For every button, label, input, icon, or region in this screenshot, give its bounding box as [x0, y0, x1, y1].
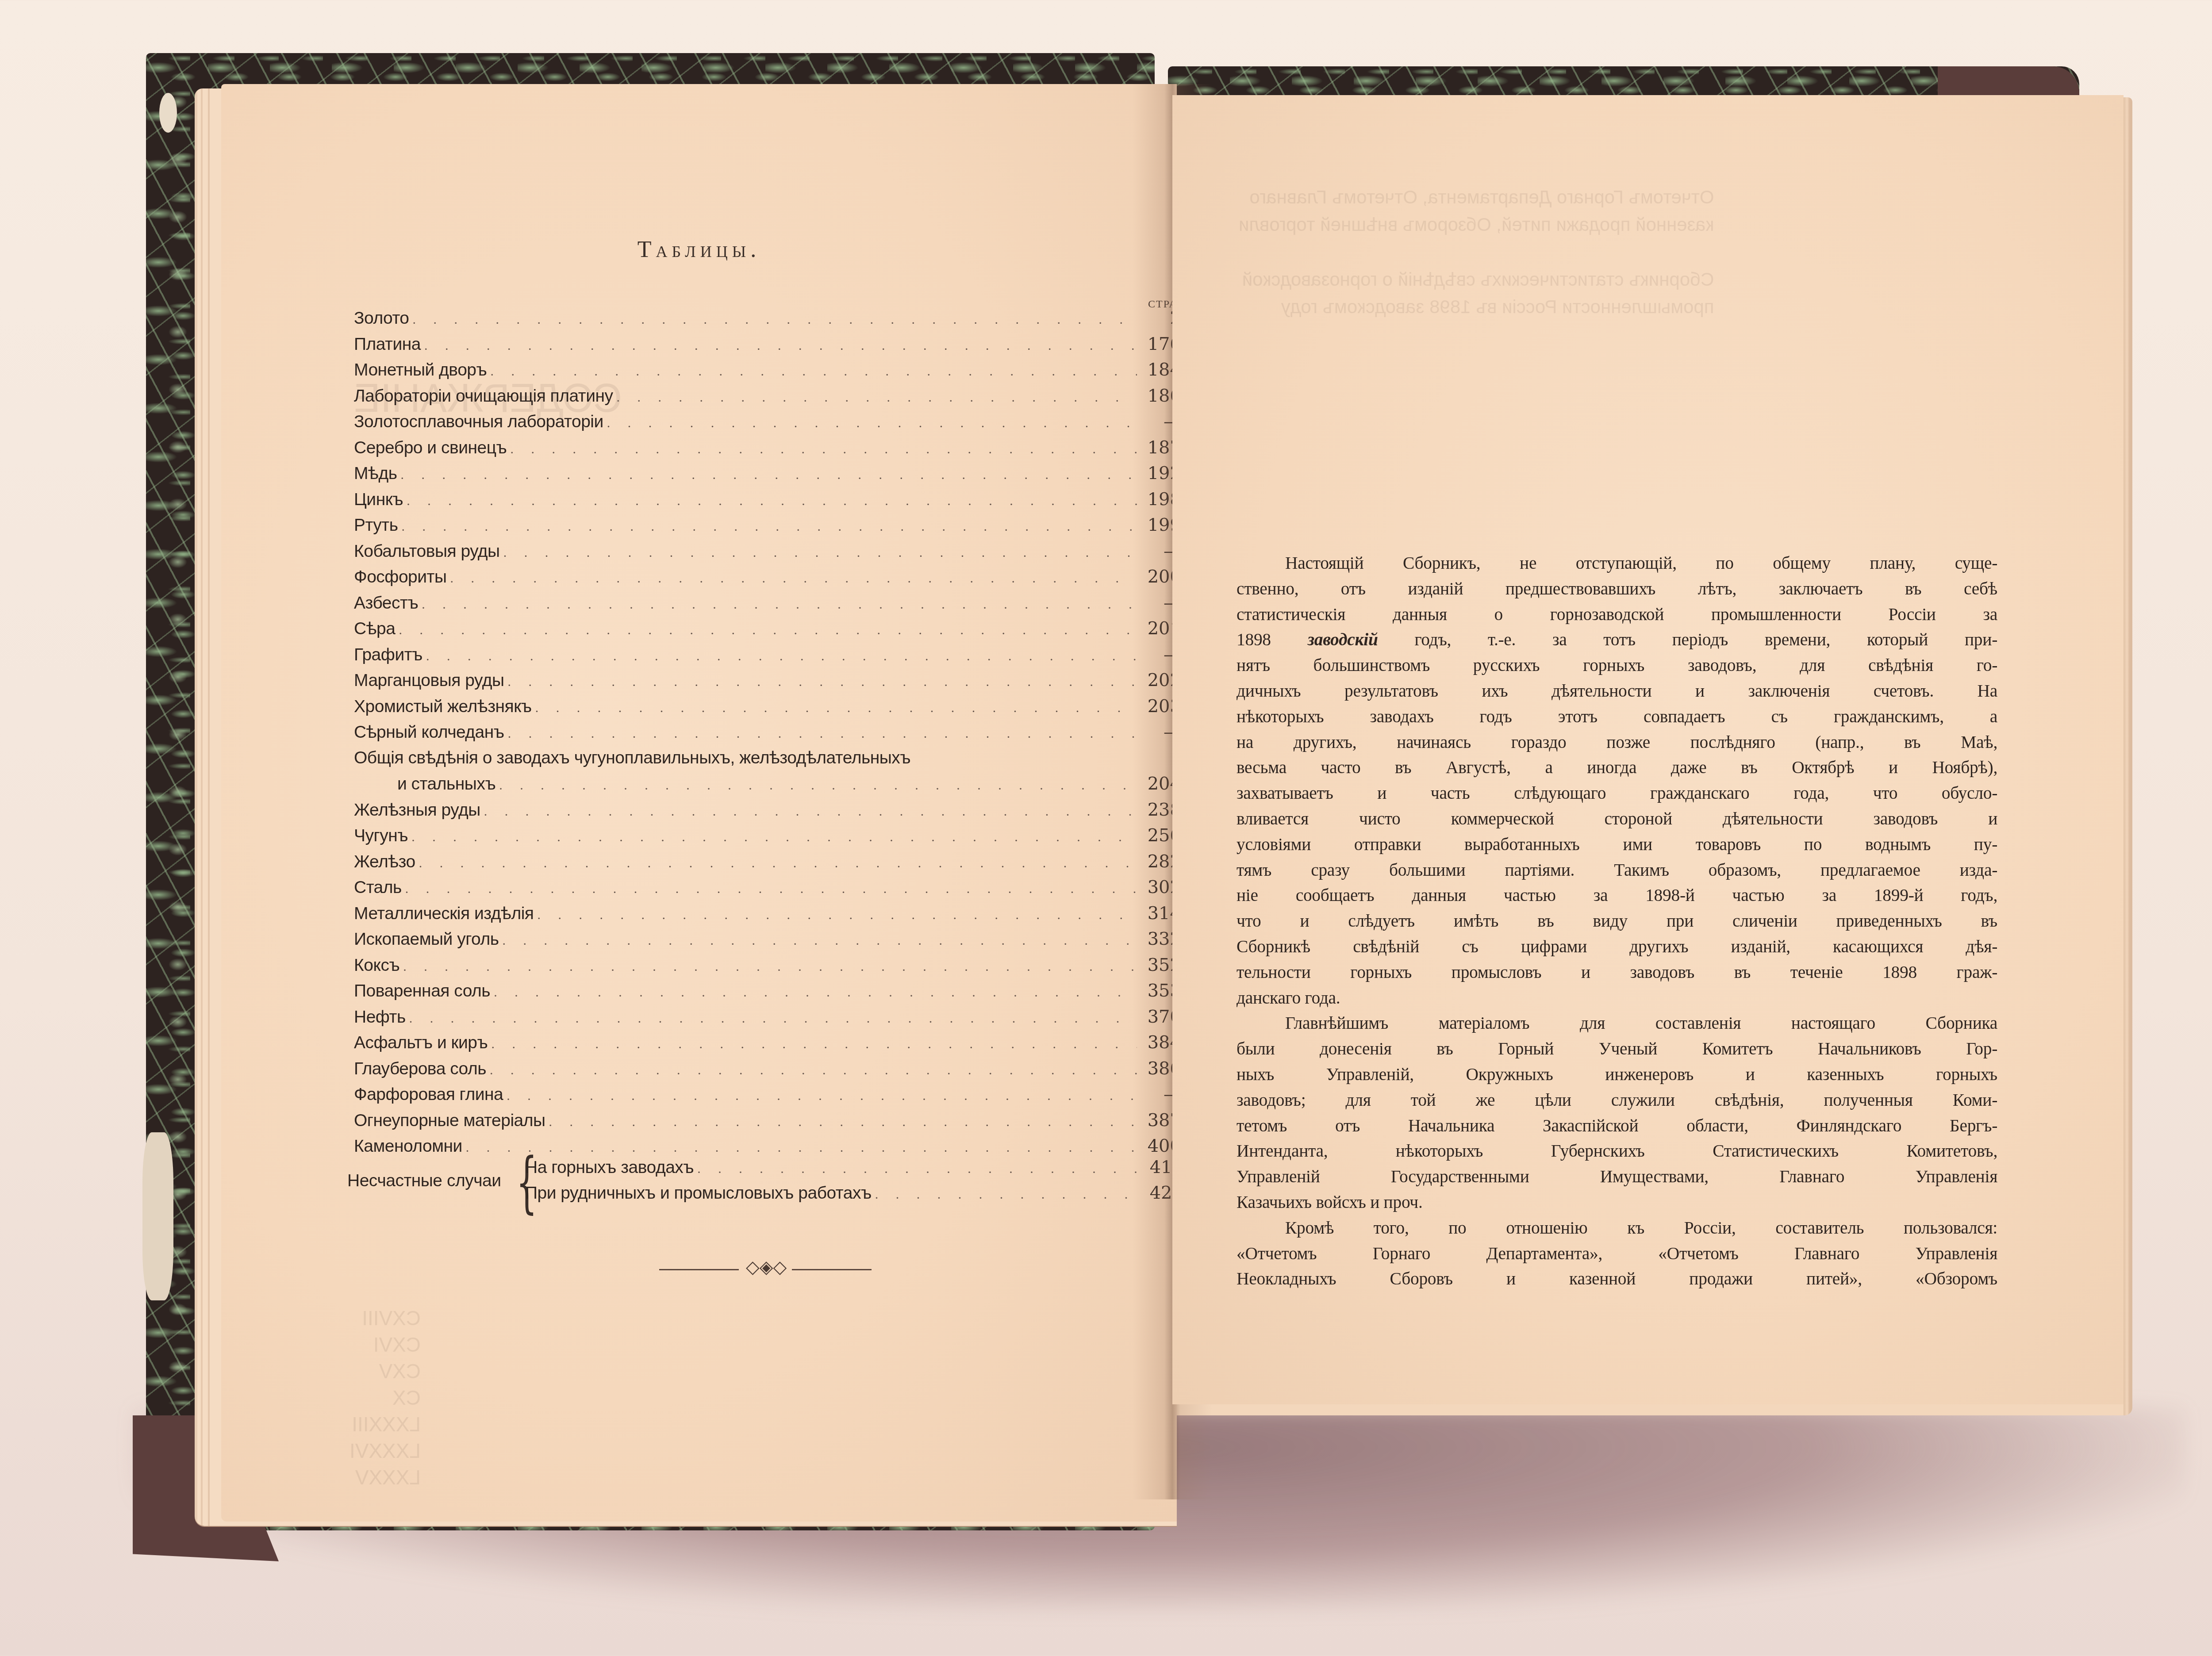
toc-entry-label: Асфальтъ и киръ — [354, 1030, 491, 1056]
emphasized-word: заводскій — [1308, 630, 1378, 649]
text-line: Главнѣйшимъ матеріаломъ для составленія … — [1237, 1011, 1997, 1036]
leader-dots — [490, 359, 1137, 385]
toc-entry-label: Цинкъ — [354, 487, 407, 513]
leader-dots — [617, 385, 1137, 411]
leader-dots — [507, 669, 1137, 695]
toc-entry[interactable]: Азбестъ— — [354, 590, 1177, 616]
leader-dots — [413, 307, 1137, 333]
left-page: CОДЕРЖАНІЕ CXVIIICXVICXVCXLXXXIIILXXXVIL… — [221, 84, 1177, 1522]
toc-entry-label: Желѣзныя руды — [354, 797, 484, 824]
text-line: Казачьихъ войсхъ и проч. — [1237, 1190, 1997, 1215]
text-line: весьма часто въ Августѣ, а иногда даже в… — [1237, 755, 1997, 781]
toc-entry[interactable]: Желѣзо282 — [354, 849, 1177, 875]
text-line: вливается чисто коммерческой стороной дѣ… — [1237, 806, 1997, 832]
leader-dots — [419, 851, 1137, 877]
leader-dots — [875, 1182, 1139, 1208]
fleuron-divider-icon: ◇◈◇ — [659, 1263, 872, 1276]
leader-dots — [499, 773, 1137, 799]
text-line: данскаго года. — [1237, 985, 1997, 1011]
text-line: на другихъ, начинаясь гораздо позже посл… — [1237, 730, 1997, 755]
leader-dots — [400, 462, 1137, 488]
leader-dots — [407, 488, 1137, 514]
preface-body: Настоящій Сборникъ, не отступающій, по о… — [1237, 551, 1997, 1292]
bleed-through-text: Отчетомъ Горнаго Департамента, Отчетомъ … — [1239, 184, 1714, 321]
leader-dots — [403, 954, 1137, 980]
toc-entry[interactable]: Цинкъ198 — [354, 487, 1177, 513]
text-line: 1898 заводскій годъ, т.-е. за тотъ періо… — [1237, 627, 1997, 653]
text-line: нятъ большинствомъ русскихъ горныхъ заво… — [1237, 653, 1997, 678]
text-line: были донесенія въ Горный Ученый Комитетъ… — [1237, 1036, 1997, 1062]
leader-dots — [411, 824, 1137, 851]
text-line: заводовъ; для той же цѣли служили свѣдѣн… — [1237, 1088, 1997, 1113]
text-line: ныхъ Управленій, Окружныхъ инженеровъ и … — [1237, 1062, 1997, 1088]
toc-entry[interactable]: Ртуть199 — [354, 512, 1177, 538]
toc-entry-label: Ртуть — [354, 513, 402, 539]
torn-spine-fragment — [142, 1132, 173, 1300]
toc-entry-label: Желѣзо — [354, 849, 419, 875]
toc-entry[interactable]: Хромистый желѣзнякъ203 — [354, 694, 1177, 720]
toc-entry[interactable]: Монетный дворъ184 — [354, 357, 1177, 383]
toc-entry-label: Монетный дворъ — [354, 357, 490, 383]
leader-dots — [424, 333, 1137, 359]
toc-entry-label: Глауберова соль — [354, 1056, 490, 1082]
toc-entry-continuation[interactable]: и стальныхъ204 — [354, 771, 1177, 797]
text-line: статистическія данныя о горнозаводской п… — [1237, 602, 1997, 628]
toc-entry-label: Нефть — [354, 1004, 409, 1031]
toc-entry-label: Лабораторіи очищающія платину — [354, 383, 617, 410]
text-line: Управленій Государственными Имуществами,… — [1237, 1164, 1997, 1190]
toc-entry[interactable]: Золото2 — [354, 305, 1177, 331]
toc-entry[interactable]: Лабораторіи очищающія платину186 — [354, 383, 1177, 409]
toc-entry[interactable]: Металлическія издѣлія314 — [354, 901, 1177, 927]
bleed-through-text: CXVIIICXVICXVCXLXXXIIILXXXVILXXXV — [349, 1305, 421, 1491]
leader-dots — [502, 928, 1137, 954]
toc-entry[interactable]: Сталь302 — [354, 874, 1177, 901]
toc-entry-label: Марганцовыя руды — [354, 668, 507, 694]
leader-dots — [405, 876, 1137, 902]
toc-entry-label: Огнеупорные матеріалы — [354, 1108, 549, 1134]
toc-entry-label: Графитъ — [354, 642, 426, 668]
toc-entry-label: На горныхъ заводахъ — [525, 1155, 697, 1181]
text-line: ніе сообщаетъ данныя частью за 1898-й ча… — [1237, 883, 1997, 908]
table-of-contents: Золото2 Платина176 Монетный дворъ184 Лаб… — [354, 305, 1177, 1159]
toc-entry[interactable]: Асфальтъ и киръ384 — [354, 1030, 1177, 1056]
toc-entry-label: Фарфоровая глина — [354, 1082, 507, 1108]
leader-dots — [537, 902, 1137, 928]
toc-entry-label: Сѣрный колчеданъ — [354, 720, 508, 746]
leader-dots — [409, 1006, 1137, 1032]
leader-dots — [490, 1058, 1137, 1084]
toc-entry-label: Золотосплавочныя лабораторіи — [354, 409, 607, 435]
text-line: «Отчетомъ Горнаго Департамента», «Отчето… — [1237, 1241, 1997, 1267]
leader-dots — [507, 1083, 1137, 1109]
toc-entry-label: Платина — [354, 332, 424, 358]
text-line: захватываетъ и часть слѣдующаго гражданс… — [1237, 781, 1997, 806]
toc-entry[interactable]: Желѣзныя руды238 — [354, 797, 1177, 823]
toc-entry-label: Фосфориты — [354, 564, 450, 590]
toc-entry[interactable]: Ископаемый уголь332 — [354, 926, 1177, 952]
toc-entry-label: Азбестъ — [354, 590, 422, 617]
toc-entry[interactable]: Мѣдь192 — [354, 460, 1177, 487]
toc-entry[interactable]: Марганцовыя руды202 — [354, 667, 1177, 694]
toc-entry-label: Кобальтовыя руды — [354, 539, 503, 565]
text-line: Сборникѣ свѣдѣній съ цифрами другихъ изд… — [1237, 934, 1997, 960]
leader-dots — [399, 617, 1137, 644]
toc-entry-label: Мѣдь — [354, 461, 400, 487]
leader-dots — [510, 437, 1137, 463]
toc-entry-label: и стальныхъ — [354, 771, 499, 797]
toc-entry-label: Золото — [354, 306, 413, 332]
toc-entry-label: Серебро и свинецъ — [354, 435, 510, 461]
toc-entry[interactable]: Серебро и свинецъ187 — [354, 435, 1177, 461]
toc-entry[interactable]: Коксъ352 — [354, 952, 1177, 978]
toc-entry-label: Сталь — [354, 875, 405, 901]
leader-dots — [494, 980, 1137, 1006]
leader-dots — [607, 410, 1137, 437]
toc-entry[interactable]: Графитъ— — [354, 642, 1177, 668]
text-line: Настоящій Сборникъ, не отступающій, по о… — [1237, 551, 1997, 576]
toc-entry-multiline[interactable]: Общія свѣдѣнія о заводахъ чугуноплавильн… — [354, 745, 1177, 771]
leader-dots — [450, 566, 1137, 592]
toc-entry[interactable]: Поваренная соль353 — [354, 978, 1177, 1004]
toc-entry[interactable]: Нефть370 — [354, 1004, 1177, 1030]
toc-entry-label: Сѣра — [354, 616, 399, 642]
toc-entry[interactable]: Фарфоровая глина— — [354, 1081, 1177, 1108]
toc-entry[interactable]: Сѣра201 — [354, 616, 1177, 642]
toc-entry[interactable]: Сѣрный колчеданъ— — [354, 719, 1177, 745]
text-line: ственно, отъ изданій предшествовавшихъ л… — [1237, 576, 1997, 602]
toc-entry[interactable]: Фосфориты200 — [354, 564, 1177, 590]
toc-entry[interactable]: Глауберова соль386 — [354, 1056, 1177, 1082]
leader-dots — [549, 1109, 1137, 1135]
accidents-group-label: Несчастные случаи — [347, 1171, 501, 1191]
leader-dots — [422, 592, 1137, 618]
leader-dots — [535, 695, 1137, 721]
toc-entry[interactable]: На горныхъ заводахъ419 — [525, 1154, 1177, 1180]
toc-entry[interactable]: Кобальтовыя руды— — [354, 538, 1177, 564]
leader-dots — [484, 799, 1137, 825]
toc-entry[interactable]: Огнеупорные матеріалы387 — [354, 1108, 1177, 1134]
leader-dots — [402, 514, 1137, 540]
toc-entry[interactable]: При рудничныхъ и промысловыхъ работахъ42… — [525, 1180, 1177, 1206]
leader-dots — [426, 644, 1137, 670]
text-line: Неокладныхъ Сборовъ и казенной продажи п… — [1237, 1266, 1997, 1292]
toc-entry-label: Хромистый желѣзнякъ — [354, 694, 535, 720]
toc-entry-label: Чугунъ — [354, 823, 411, 849]
toc-entry-label: Ископаемый уголь — [354, 927, 502, 953]
text-line: Интенданта, нѣкоторыхъ Губернскихъ Стати… — [1237, 1138, 1997, 1164]
toc-entry-label: При рудничныхъ и промысловыхъ работахъ — [525, 1181, 875, 1207]
text-line: дичныхъ результатовъ ихъ дѣятельности и … — [1237, 678, 1997, 704]
text-line: Кромѣ того, по отношенію къ Россіи, сост… — [1237, 1215, 1997, 1241]
leader-dots — [503, 540, 1137, 566]
toc-entry[interactable]: Чугунъ256 — [354, 823, 1177, 849]
torn-cover-fragment — [159, 93, 177, 133]
toc-entry-label: Металлическія издѣлія — [354, 901, 537, 927]
leader-dots — [697, 1156, 1139, 1182]
text-line: условіями отправки выработанныхъ ими тов… — [1237, 832, 1997, 858]
toc-entry-label: Поваренная соль — [354, 978, 494, 1004]
text-line: тельности горныхъ промысловъ и заводовъ … — [1237, 960, 1997, 985]
text-line: нѣкоторыхъ заводахъ годъ этотъ совпадает… — [1237, 704, 1997, 730]
toc-entry-label: Общія свѣдѣнія о заводахъ чугуноплавильн… — [354, 745, 914, 771]
page-title: Таблицы. — [221, 237, 1177, 263]
leader-dots — [491, 1031, 1137, 1058]
toc-entry-label: Коксъ — [354, 953, 403, 979]
text-line: тямъ сразу большими партіями. Такимъ обр… — [1237, 858, 1997, 883]
accidents-group: Несчастные случаи { На горныхъ заводахъ4… — [347, 1154, 1177, 1212]
leader-dots — [508, 721, 1137, 747]
text-line: тетомъ отъ Начальника Закаспійской облас… — [1237, 1113, 1997, 1139]
toc-entry[interactable]: Платина176 — [354, 331, 1177, 357]
text-line: что и слѣдуетъ имѣть въ виду при сличені… — [1237, 908, 1997, 934]
toc-entry[interactable]: Золотосплавочныя лабораторіи— — [354, 409, 1177, 435]
